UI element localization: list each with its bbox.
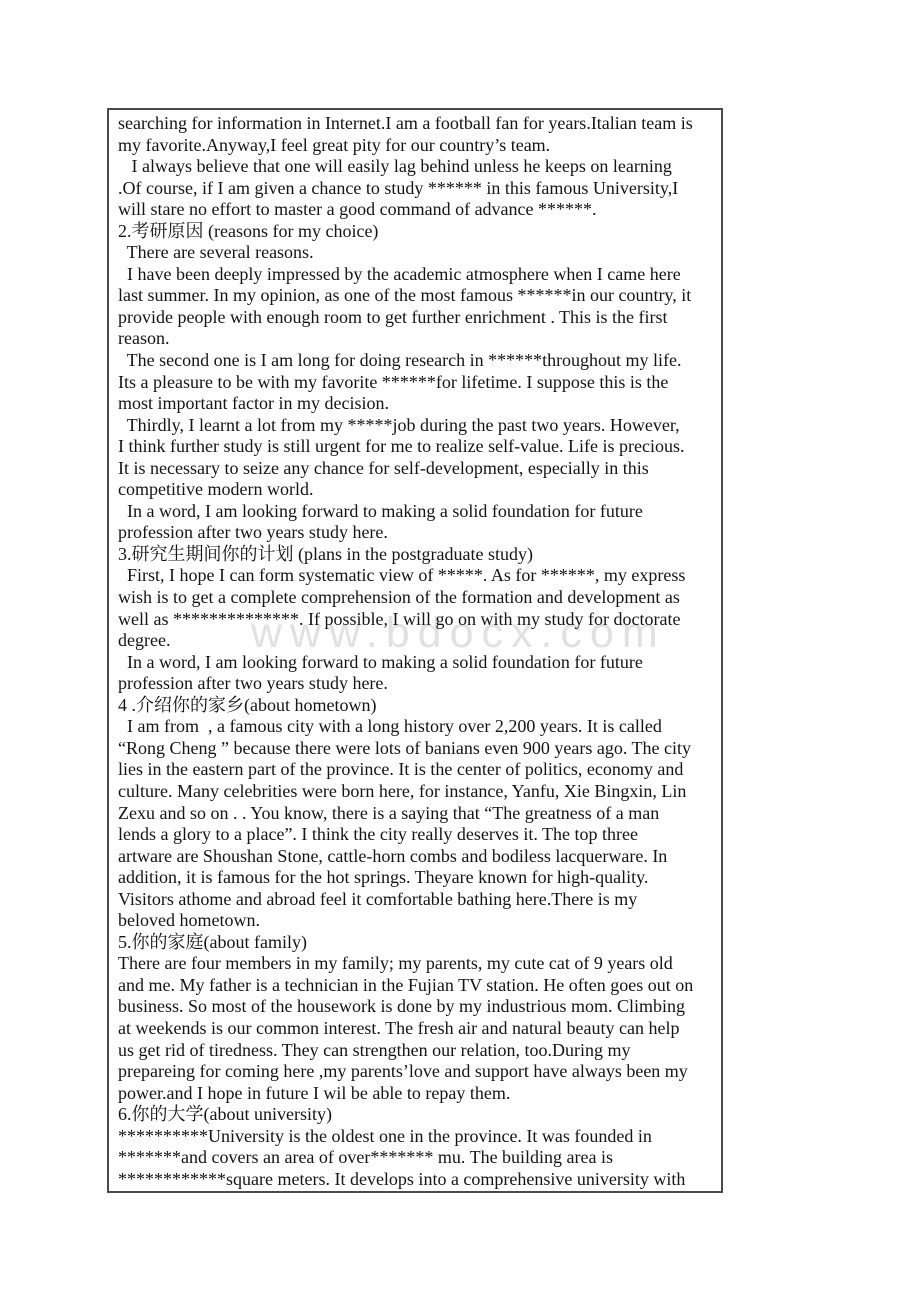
text-line: addition, it is famous for the hot sprin… [118,867,719,889]
text-line: **********University is the oldest one i… [118,1126,719,1148]
text-line: Visitors athome and abroad feel it comfo… [118,889,719,911]
text-line: searching for information in Internet.I … [118,113,719,135]
text-line: 4 .介绍你的家乡(about hometown) [118,695,719,717]
text-line: “Rong Cheng ” because there were lots of… [118,738,719,760]
text-line: I always believe that one will easily la… [118,156,719,178]
text-line: Its a pleasure to be with my favorite **… [118,372,719,394]
text-line: ************square meters. It develops i… [118,1169,719,1191]
text-line: First, I hope I can form systematic view… [118,565,719,587]
text-line: It is necessary to seize any chance for … [118,458,719,480]
text-line: well as **************. If possible, I w… [118,609,719,631]
text-frame: searching for information in Internet.I … [107,108,723,1193]
text-line: us get rid of tiredness. They can streng… [118,1040,719,1062]
text-line: In a word, I am looking forward to makin… [118,501,719,523]
text-line: profession after two years study here. [118,673,719,695]
text-line: provide people with enough room to get f… [118,307,719,329]
text-line: competitive modern world. [118,479,719,501]
text-line: degree. [118,630,719,652]
text-line: Zexu and so on . . You know, there is a … [118,803,719,825]
text-line: .Of course, if I am given a chance to st… [118,178,719,200]
document-page: www.bdocx.com searching for information … [0,0,920,1302]
text-line: artware are Shoushan Stone, cattle-horn … [118,846,719,868]
text-line: Thirdly, I learnt a lot from my *****job… [118,415,719,437]
text-line: most important factor in my decision. [118,393,719,415]
text-line: *******and covers an area of over*******… [118,1147,719,1169]
text-line: reason. [118,328,719,350]
text-line: business. So most of the housework is do… [118,996,719,1018]
text-line: power.and I hope in future I wil be able… [118,1083,719,1105]
text-line: will stare no effort to master a good co… [118,199,719,221]
text-line: lies in the eastern part of the province… [118,759,719,781]
text-line: beloved hometown. [118,910,719,932]
text-line: I have been deeply impressed by the acad… [118,264,719,286]
text-line: prepareing for coming here ,my parents’l… [118,1061,719,1083]
text-line: There are several reasons. [118,242,719,264]
text-line: lends a glory to a place”. I think the c… [118,824,719,846]
text-line: 2.考研原因 (reasons for my choice) [118,221,719,243]
text-line: culture. Many celebrities were born here… [118,781,719,803]
text-line: 6.你的大学(about university) [118,1104,719,1126]
text-line: wish is to get a complete comprehension … [118,587,719,609]
text-line: and me. My father is a technician in the… [118,975,719,997]
text-line: 3.研究生期间你的计划 (plans in the postgraduate s… [118,544,719,566]
text-line: profession after two years study here. [118,522,719,544]
text-line: my favorite.Anyway,I feel great pity for… [118,135,719,157]
text-line: There are four members in my family; my … [118,953,719,975]
text-line: I think further study is still urgent fo… [118,436,719,458]
text-line: at weekends is our common interest. The … [118,1018,719,1040]
text-line: I am from , a famous city with a long hi… [118,716,719,738]
text-line: last summer. In my opinion, as one of th… [118,285,719,307]
text-line: The second one is I am long for doing re… [118,350,719,372]
text-line: 5.你的家庭(about family) [118,932,719,954]
text-line: In a word, I am looking forward to makin… [118,652,719,674]
